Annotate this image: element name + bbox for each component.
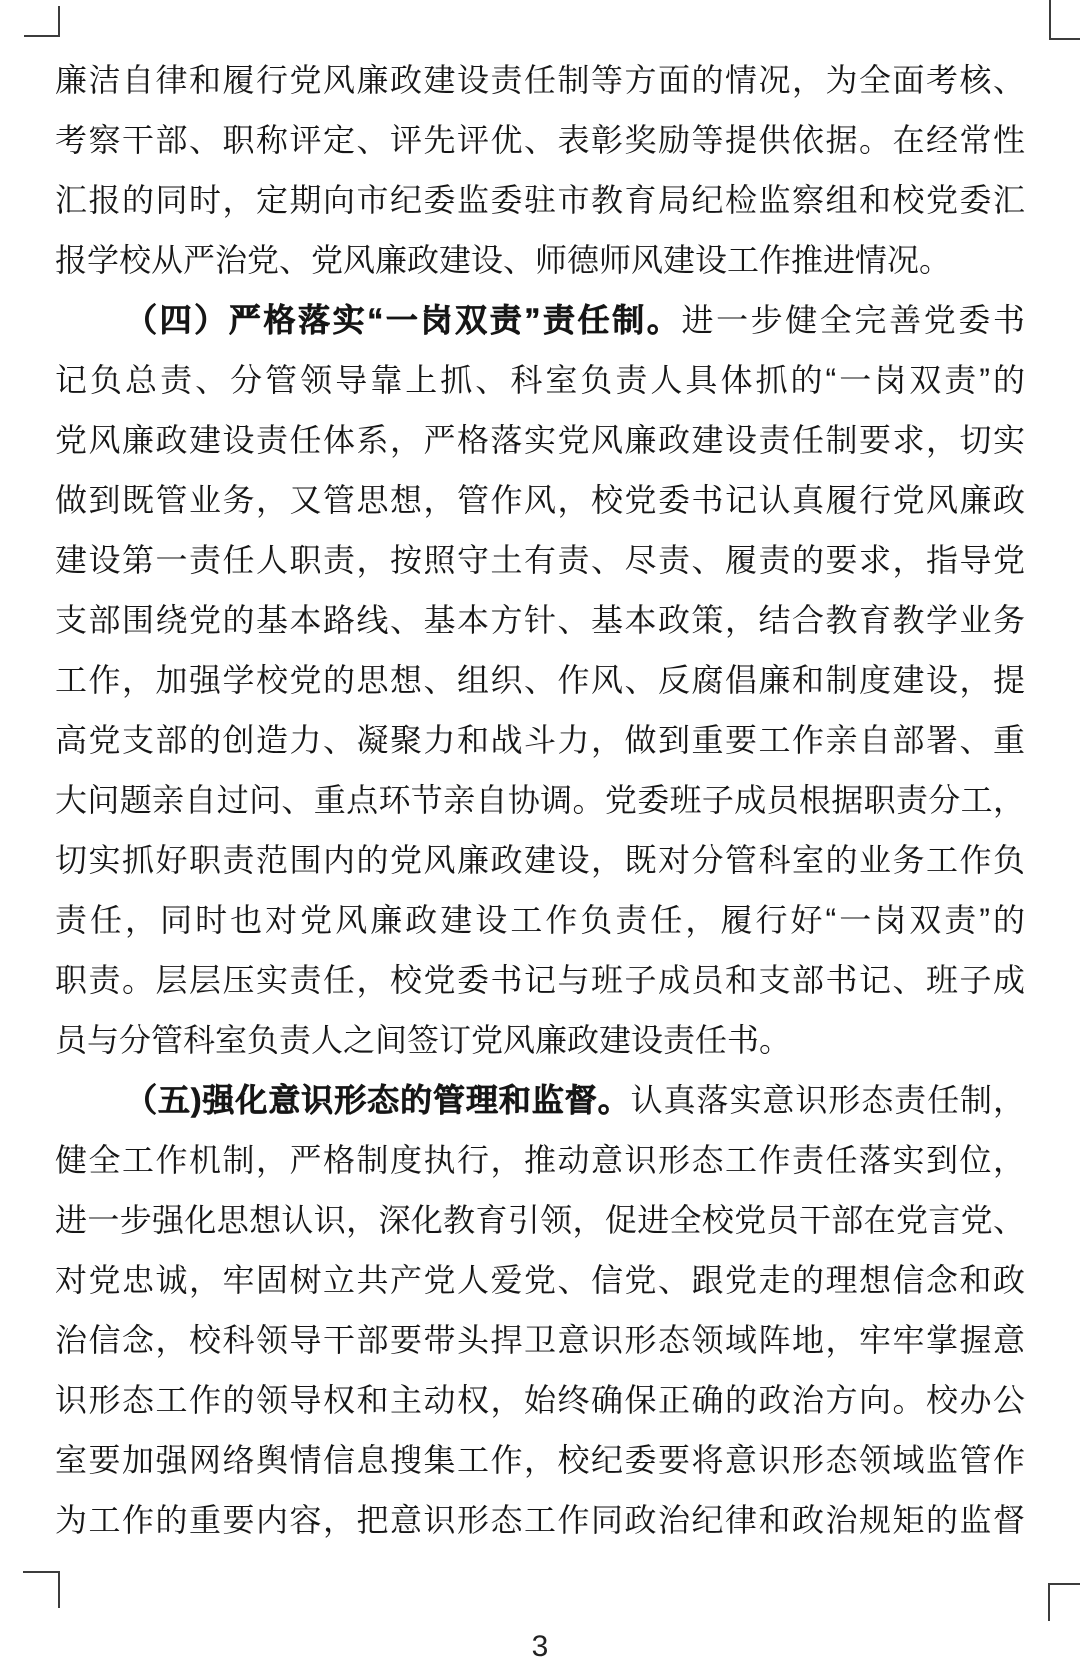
crop-mark-top-left	[24, 6, 60, 37]
body-text: 责任，同时也对党风廉政建设工作负责任，履行好“一岗双责”的	[55, 902, 1025, 938]
body-text: 考察干部、职称评定、评先评优、表彰奖励等提供依据。在经常性	[55, 122, 1025, 158]
text-line: 健全工作机制，严格制度执行，推动意识形态工作责任落实到位，	[55, 1130, 1025, 1190]
text-line: 考察干部、职称评定、评先评优、表彰奖励等提供依据。在经常性	[55, 110, 1025, 170]
document-page: 廉洁自律和履行党风廉政建设责任制等方面的情况，为全面考核、考察干部、职称评定、评…	[0, 0, 1080, 1672]
body-text: 进一步强化思想认识，深化教育引领，促进全校党员干部在党言党、	[55, 1202, 1025, 1238]
body-text: 党风廉政建设责任体系，严格落实党风廉政建设责任制要求，切实	[55, 422, 1025, 458]
text-line: 责任，同时也对党风廉政建设工作负责任，履行好“一岗双责”的	[55, 890, 1025, 950]
text-line: 廉洁自律和履行党风廉政建设责任制等方面的情况，为全面考核、	[55, 50, 1025, 110]
body-text: 治信念，校科领导干部要带头捍卫意识形态领域阵地，牢牢掌握意	[55, 1322, 1025, 1358]
body-text: 认真落实意识形态责任制，	[631, 1082, 1025, 1118]
section-heading-text: （四）严格落实“一岗双责”责任制。	[125, 302, 681, 338]
crop-mark-top-right	[1049, 0, 1080, 40]
body-text: 做到既管业务，又管思想，管作风，校党委书记认真履行党风廉政	[55, 482, 1025, 518]
text-line: 汇报的同时，定期向市纪委监委驻市教育局纪检监察组和校党委汇	[55, 170, 1025, 230]
body-text: 为工作的重要内容，把意识形态工作同政治纪律和政治规矩的监督	[55, 1502, 1025, 1538]
section-heading-text: （五)强化意识形态的管理和监督。	[125, 1082, 631, 1118]
text-line: 党风廉政建设责任体系，严格落实党风廉政建设责任制要求，切实	[55, 410, 1025, 470]
text-line: 记负总责、分管领导靠上抓、科室负责人具体抓的“一岗双责”的	[55, 350, 1025, 410]
text-line: 对党忠诚，牢固树立共产党人爱党、信党、跟党走的理想信念和政	[55, 1250, 1025, 1310]
text-lines: 廉洁自律和履行党风廉政建设责任制等方面的情况，为全面考核、考察干部、职称评定、评…	[55, 50, 1025, 1550]
body-text: 室要加强网络舆情信息搜集工作，校纪委要将意识形态领域监管作	[55, 1442, 1025, 1478]
body-text: 切实抓好职责范围内的党风廉政建设，既对分管科室的业务工作负	[55, 842, 1025, 878]
body-text: 记负总责、分管领导靠上抓、科室负责人具体抓的“一岗双责”的	[55, 362, 1025, 398]
text-line: 报学校从严治党、党风廉政建设、师德师风建设工作推进情况。	[55, 230, 1025, 290]
text-line: 做到既管业务，又管思想，管作风，校党委书记认真履行党风廉政	[55, 470, 1025, 530]
crop-mark-bottom-right	[1048, 1583, 1080, 1621]
text-line: 切实抓好职责范围内的党风廉政建设，既对分管科室的业务工作负	[55, 830, 1025, 890]
crop-mark-bottom-left	[23, 1571, 60, 1608]
body-text: 进一步健全完善党委书	[681, 302, 1025, 338]
text-line: 为工作的重要内容，把意识形态工作同政治纪律和政治规矩的监督	[55, 1490, 1025, 1550]
body-text: 职责。层层压实责任，校党委书记与班子成员和支部书记、班子成	[55, 962, 1025, 998]
text-line: 识形态工作的领导权和主动权，始终确保正确的政治方向。校办公	[55, 1370, 1025, 1430]
body-text: 汇报的同时，定期向市纪委监委驻市教育局纪检监察组和校党委汇	[55, 182, 1025, 218]
text-line: 治信念，校科领导干部要带头捍卫意识形态领域阵地，牢牢掌握意	[55, 1310, 1025, 1370]
page-number: 3	[0, 1630, 1080, 1664]
text-line: 工作，加强学校党的思想、组织、作风、反腐倡廉和制度建设，提	[55, 650, 1025, 710]
body-text: 识形态工作的领导权和主动权，始终确保正确的政治方向。校办公	[55, 1382, 1025, 1418]
text-line: 高党支部的创造力、凝聚力和战斗力，做到重要工作亲自部署、重	[55, 710, 1025, 770]
body-text: 工作，加强学校党的思想、组织、作风、反腐倡廉和制度建设，提	[55, 662, 1025, 698]
body-text: 大问题亲自过问、重点环节亲自协调。党委班子成员根据职责分工，	[55, 782, 1025, 818]
text-line: （四）严格落实“一岗双责”责任制。进一步健全完善党委书	[55, 290, 1025, 350]
body-text: 报学校从严治党、党风廉政建设、师德师风建设工作推进情况。	[55, 242, 951, 278]
text-line: （五)强化意识形态的管理和监督。认真落实意识形态责任制，	[55, 1070, 1025, 1130]
text-line: 建设第一责任人职责，按照守土有责、尽责、履责的要求，指导党	[55, 530, 1025, 590]
body-text: 支部围绕党的基本路线、基本方针、基本政策，结合教育教学业务	[55, 602, 1025, 638]
body-text: 健全工作机制，严格制度执行，推动意识形态工作责任落实到位，	[55, 1142, 1025, 1178]
text-line: 进一步强化思想认识，深化教育引领，促进全校党员干部在党言党、	[55, 1190, 1025, 1250]
body-text: 廉洁自律和履行党风廉政建设责任制等方面的情况，为全面考核、	[55, 62, 1025, 98]
body-text: 建设第一责任人职责，按照守土有责、尽责、履责的要求，指导党	[55, 542, 1025, 578]
text-line: 大问题亲自过问、重点环节亲自协调。党委班子成员根据职责分工，	[55, 770, 1025, 830]
text-line: 职责。层层压实责任，校党委书记与班子成员和支部书记、班子成	[55, 950, 1025, 1010]
body-text: 高党支部的创造力、凝聚力和战斗力，做到重要工作亲自部署、重	[55, 722, 1025, 758]
body-text: 对党忠诚，牢固树立共产党人爱党、信党、跟党走的理想信念和政	[55, 1262, 1025, 1298]
text-line: 室要加强网络舆情信息搜集工作，校纪委要将意识形态领域监管作	[55, 1430, 1025, 1490]
text-line: 支部围绕党的基本路线、基本方针、基本政策，结合教育教学业务	[55, 590, 1025, 650]
body-text: 员与分管科室负责人之间签订党风廉政建设责任书。	[55, 1022, 791, 1058]
text-line: 员与分管科室负责人之间签订党风廉政建设责任书。	[55, 1010, 1025, 1070]
